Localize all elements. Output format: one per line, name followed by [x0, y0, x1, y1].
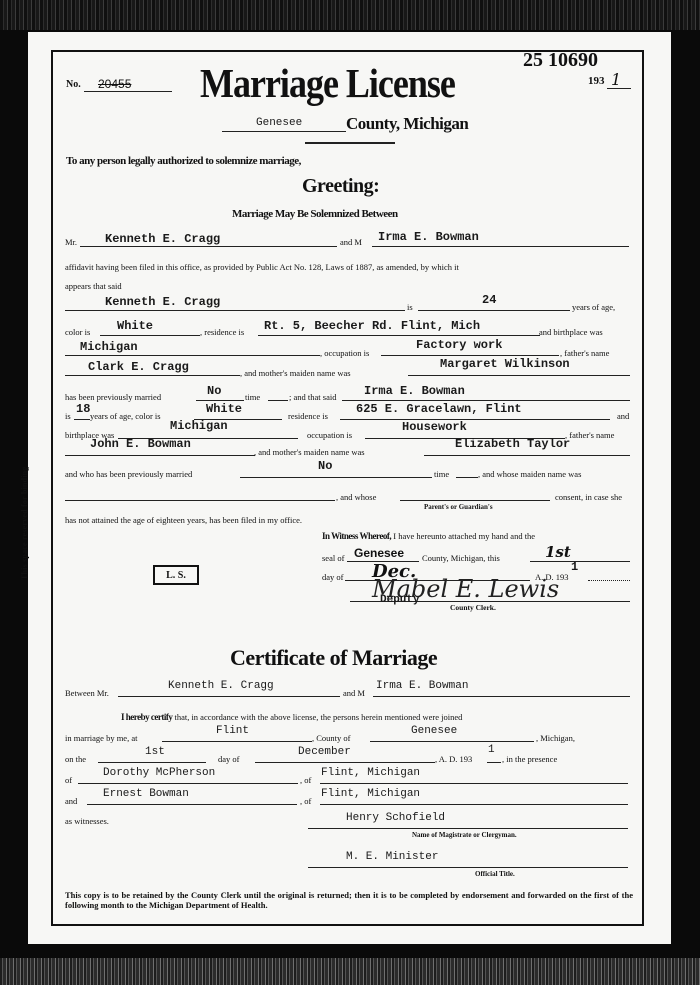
groom-color-label: color is	[65, 327, 90, 337]
bride-father: John E. Bowman	[90, 437, 191, 451]
official-title: M. E. Minister	[346, 851, 438, 863]
subheading: Marriage May Be Solemnized Between	[232, 208, 398, 220]
binding-note: This space reserved for binding	[20, 467, 29, 580]
page-title: Marriage License	[200, 59, 455, 107]
in-witness-label: In Witness Whereof,	[322, 531, 391, 541]
scan-border-top	[0, 0, 700, 30]
groom-father: Clark E. Cragg	[88, 360, 189, 374]
county-state-label: County, Michigan	[346, 114, 468, 134]
and-whose-label: , and whose	[336, 492, 376, 502]
cert-bride-name: Irma E. Bowman	[376, 680, 468, 692]
county-of-label: , County of	[312, 733, 351, 743]
witness-rest: I have hereunto attached my hand and the	[393, 531, 535, 541]
mr-label: Mr.	[65, 237, 77, 247]
that-said-label: ; and that said	[289, 392, 336, 402]
year-suffix: 1	[611, 70, 621, 89]
groom-is-label: is	[407, 302, 413, 312]
groom-name-2: Kenneth E. Cragg	[105, 295, 220, 309]
michigan-label: , Michigan,	[536, 733, 575, 743]
cert-month: December	[298, 746, 351, 758]
groom-color: White	[117, 319, 153, 333]
groom-occupation-label: , occupation is	[320, 348, 369, 358]
seal-box: L. S.	[153, 565, 199, 585]
and-m-label: and M	[340, 237, 362, 247]
cert-day-of-label: day of	[218, 754, 239, 764]
cert-year-digit: 1	[488, 744, 495, 756]
bride-occupation: Housework	[402, 420, 467, 434]
deputy-label: Deputy	[380, 594, 420, 606]
and-label: and	[65, 796, 77, 806]
scan-border-bottom	[0, 958, 700, 985]
bride-is-label: is	[65, 411, 71, 421]
consent-label: consent, in case she	[555, 492, 622, 502]
as-witnesses-label: as witnesses.	[65, 816, 109, 826]
certify-text: that, in accordance with the above licen…	[174, 712, 462, 722]
between-label: Between Mr.	[65, 688, 109, 698]
cert-groom-name: Kenneth E. Cragg	[168, 680, 274, 692]
bride-residence-label: residence is	[288, 411, 328, 421]
certify-bold: I hereby certify	[121, 712, 172, 722]
seal-county: Genesee	[354, 546, 404, 560]
in-marriage-label: in marriage by me, at	[65, 733, 137, 743]
greeting: Greeting:	[302, 175, 379, 198]
bride-name-2: Irma E. Bowman	[364, 384, 465, 398]
stamp-number: 25 10690	[523, 49, 598, 72]
groom-age: 24	[482, 293, 496, 307]
certificate-title: Certificate of Marriage	[230, 645, 437, 671]
cert-county: Genesee	[411, 725, 457, 737]
witness1-name: Dorothy McPherson	[103, 767, 215, 779]
license-day: 1st	[545, 543, 571, 561]
bride-occupation-label: occupation is	[307, 430, 352, 440]
bride-name-field: Irma E. Bowman	[378, 230, 479, 244]
groom-birthplace: Michigan	[80, 340, 138, 354]
groom-residence: Rt. 5, Beecher Rd. Flint, Mich	[264, 319, 480, 333]
bride-time-label: time	[434, 469, 449, 479]
groom-age-label: years of age,	[572, 302, 615, 312]
groom-name-field: Kenneth E. Cragg	[105, 232, 220, 246]
groom-residence-label: , residence is	[200, 327, 244, 337]
of-label: of	[65, 775, 72, 785]
age-clause: has not attained the age of eighteen yea…	[65, 515, 302, 525]
appears-text: appears that said	[65, 281, 122, 291]
groom-occupation: Factory work	[416, 338, 502, 352]
bride-maiden-label: , and whose maiden name was	[478, 469, 581, 479]
bride-mother: Elizabeth Taylor	[455, 437, 570, 451]
presence-label: , in the presence	[502, 754, 557, 764]
witness2-of-label: , of	[300, 796, 311, 806]
groom-mother-label: , and mother's maiden name was	[240, 368, 351, 378]
cert-and-m-label: and M	[343, 688, 365, 698]
officiant-name: Henry Schofield	[346, 812, 445, 824]
on-the-label: on the	[65, 754, 86, 764]
affidavit-text: affidavit having been filed in this offi…	[65, 262, 459, 272]
groom-mother: Margaret Wilkinson	[440, 357, 570, 371]
bride-age: 18	[76, 402, 90, 416]
bride-mother-label: , and mother's maiden name was	[254, 447, 365, 457]
county-this-label: County, Michigan, this	[422, 553, 500, 563]
bride-birthplace: Michigan	[170, 419, 228, 433]
cert-place: Flint	[216, 725, 249, 737]
county-clerk-label: County Clerk.	[450, 603, 496, 612]
address-line: To any person legally authorized to sole…	[66, 155, 301, 167]
header-county: Genesee	[256, 117, 302, 129]
license-number: 20455	[98, 77, 131, 91]
bride-prev-married: No	[318, 459, 332, 473]
witness2-name: Ernest Bowman	[103, 788, 189, 800]
officiant-label: Name of Magistrate or Clergyman.	[412, 831, 517, 839]
official-title-label: Official Title.	[475, 870, 515, 878]
bride-prev-married-label: and who has been previously married	[65, 469, 192, 479]
cert-day: 1st	[145, 746, 165, 758]
seal-of-label: seal of	[322, 553, 344, 563]
groom-time-label: time	[245, 392, 260, 402]
year-prefix: 193	[588, 75, 605, 87]
license-no-label: No.	[66, 79, 81, 90]
groom-birthplace-label: and birthplace was	[539, 327, 603, 337]
day-of-label: day of	[322, 572, 343, 582]
groom-prev-married: No	[207, 384, 221, 398]
witness1-of-label: , of	[300, 775, 311, 785]
groom-prev-married-label: has been previously married	[65, 392, 161, 402]
license-year-digit: 1	[571, 560, 578, 574]
bride-and-label: and	[617, 411, 629, 421]
parent-guardian-label: Parent's or Guardian's	[424, 503, 493, 511]
bride-color: White	[206, 402, 242, 416]
bride-age-label: years of age, color is	[90, 411, 161, 421]
bride-father-label: , father's name	[565, 430, 614, 440]
bride-residence: 625 E. Gracelawn, Flint	[356, 402, 522, 416]
witness2-place: Flint, Michigan	[321, 788, 420, 800]
cert-ad-label: , A. D. 193	[435, 754, 472, 764]
footer-note: This copy is to be retained by the Count…	[65, 890, 633, 910]
witness1-place: Flint, Michigan	[321, 767, 420, 779]
